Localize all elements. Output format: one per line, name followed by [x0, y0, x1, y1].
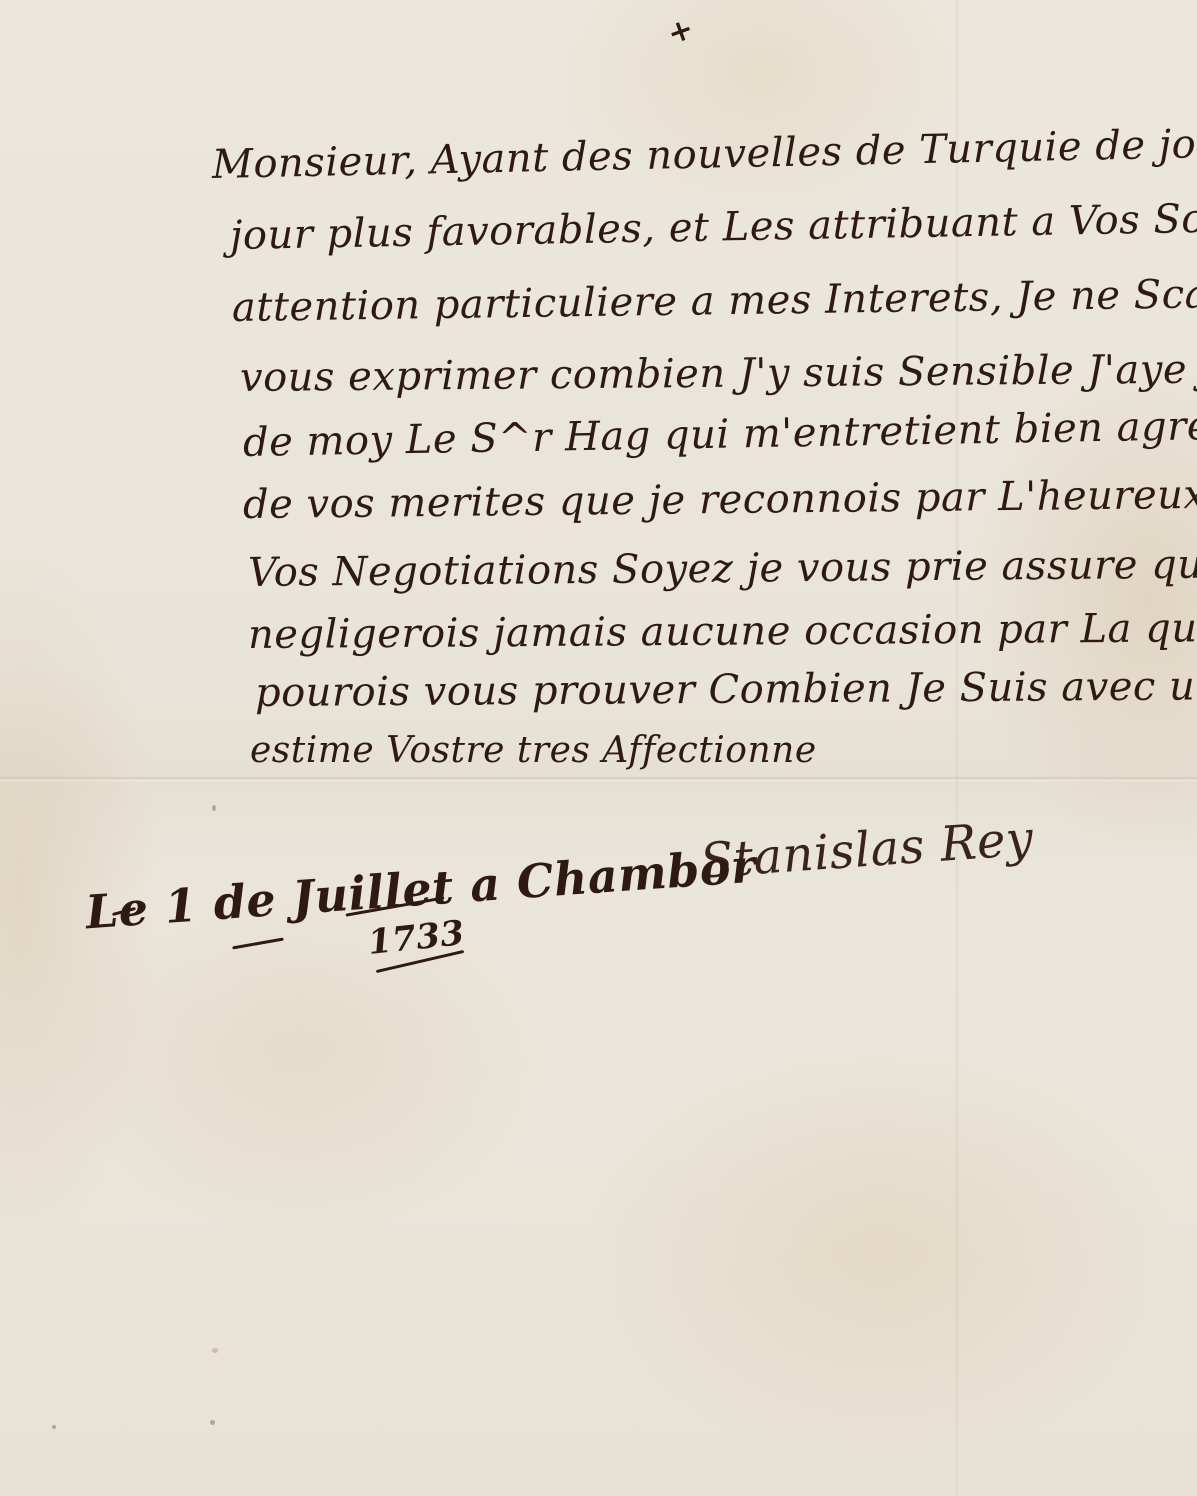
letter-closing: estime Vostre tres Affectionne: [250, 730, 817, 771]
letter-line-8: negligerois jamais aucune occasion par L…: [248, 604, 1197, 658]
letter-line-4: vous exprimer combien J'y suis Sensible …: [240, 345, 1197, 401]
letter-line-9: pourois vous prouver Combien Je Suis ave…: [255, 662, 1197, 716]
letter-line-7: Vos Negotiations Soyez je vous prie assu…: [248, 540, 1197, 596]
paper-stain: [210, 1420, 215, 1425]
horizontal-fold-crease: [0, 776, 1197, 782]
paper-stain: [212, 1348, 218, 1353]
paper-stain: [212, 805, 216, 811]
paper-stain: [52, 1425, 56, 1429]
